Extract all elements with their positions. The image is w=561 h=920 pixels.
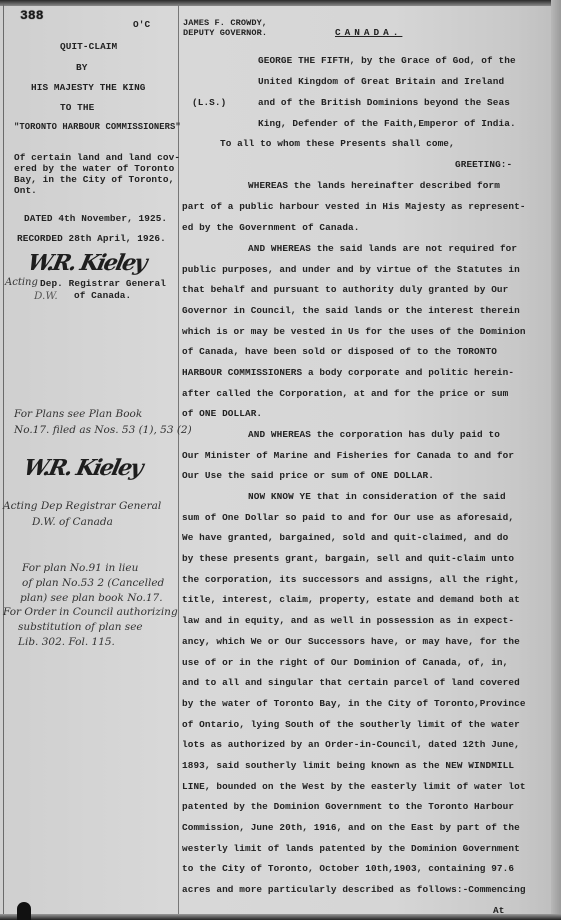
body-line: NOW KNOW YE that in consideration of the… <box>248 491 506 502</box>
body-line: the corporation, its successors and assi… <box>182 574 520 585</box>
body-line: law and in equity, and as well in posses… <box>182 615 514 626</box>
registrar-signature-2: W.R. Kieley <box>21 455 144 481</box>
body-line: title, interest, claim, property, estate… <box>182 594 520 605</box>
seal-ls: (L.S.) <box>192 97 226 108</box>
officer-title: DEPUTY GOVERNOR. <box>183 28 267 38</box>
title-line: HIS MAJESTY THE KING <box>31 82 146 93</box>
registrar-title: of Canada. <box>74 290 131 301</box>
body-line: Governor in Council, the said lands or t… <box>182 305 520 316</box>
body-line: LINE, bounded on the West by the easterl… <box>182 781 526 792</box>
column-divider <box>178 4 179 914</box>
description-line: ered by the water of Toronto <box>14 163 174 174</box>
initials: D.W. <box>34 290 58 302</box>
recorded-line: RECORDED 28th April, 1926. <box>17 233 166 244</box>
officer-name: JAMES F. CROWDY, <box>183 18 267 28</box>
heading-canada: CANADA. <box>335 27 402 38</box>
body-line: and to all and singular that certain par… <box>182 677 520 688</box>
body-line: and of the British Dominions beyond the … <box>258 97 510 108</box>
body-line: by the water of Toronto Bay, in the City… <box>182 698 526 709</box>
body-line: of ONE DOLLAR. <box>182 408 262 419</box>
order-note: For Order in Council authorizing <box>3 606 178 618</box>
scan-bottom-edge <box>0 914 561 920</box>
scanned-page: 388 O'C QUIT-CLAIM BY HIS MAJESTY THE KI… <box>0 0 561 920</box>
body-line: ancy, which We or Our Successors have, o… <box>182 636 520 647</box>
body-line: westerly limit of lands patented by the … <box>182 843 520 854</box>
acting-annotation-2: Acting Dep Registrar General <box>3 500 161 512</box>
body-line: Our Minister of Marine and Fisheries for… <box>182 450 514 461</box>
body-line: sum of One Dollar so paid to and for Our… <box>182 512 514 523</box>
body-line: Our Use the said price or sum of ONE DOL… <box>182 470 434 481</box>
greeting: GREETING:- <box>455 159 512 170</box>
acting-annotation-2: D.W. of Canada <box>32 516 113 528</box>
marker: O'C <box>133 19 150 30</box>
registrar-title: Dep. Registrar General <box>40 278 166 289</box>
order-note: substitution of plan see <box>18 621 143 633</box>
catchword: At <box>493 905 504 916</box>
order-note: For plan No.91 in lieu <box>22 562 138 574</box>
plan-note: For Plans see Plan Book <box>14 408 142 420</box>
body-line: AND WHEREAS the corporation has duly pai… <box>248 429 500 440</box>
order-note: of plan No.53 2 (Cancelled <box>22 577 164 589</box>
body-line: To all to whom these Presents shall come… <box>220 138 455 149</box>
body-line: King, Defender of the Faith,Emperor of I… <box>258 118 516 129</box>
description-line: Ont. <box>14 185 37 196</box>
body-line: that behalf and pursuant to authority du… <box>182 284 508 295</box>
body-line: WHEREAS the lands hereinafter described … <box>248 180 500 191</box>
registrar-signature: W.R. Kieley <box>25 250 148 276</box>
body-line: AND WHEREAS the said lands are not requi… <box>248 243 517 254</box>
scanner-thumb-artifact <box>17 902 31 920</box>
body-line: acres and more particularly described as… <box>182 884 526 895</box>
scan-right-edge <box>551 0 561 920</box>
body-line: after called the Corporation, at and for… <box>182 388 508 399</box>
body-line: of Ontario, lying South of the southerly… <box>182 719 520 730</box>
description-line: Of certain land and land cov- <box>14 152 180 163</box>
order-note: plan) see plan book No.17. <box>20 592 163 604</box>
dated-line: DATED 4th November, 1925. <box>24 213 167 224</box>
body-line: HARBOUR COMMISSIONERS a body corporate a… <box>182 367 514 378</box>
body-line: part of a public harbour vested in His M… <box>182 201 526 212</box>
plan-note: No.17. filed as Nos. 53 (1), 53 (2) <box>14 424 192 436</box>
body-line: United Kingdom of Great Britain and Irel… <box>258 76 504 87</box>
title-line: BY <box>76 62 87 73</box>
body-line: which is or may be vested in Us for the … <box>182 326 526 337</box>
body-line: use of or in the right of Our Dominion o… <box>182 657 508 668</box>
title-line: "TORONTO HARBOUR COMMISSIONERS" <box>14 122 181 132</box>
acting-annotation: Acting <box>5 277 38 288</box>
body-line: We have granted, bargained, sold and qui… <box>182 532 508 543</box>
body-line: Commission, June 20th, 1916, and on the … <box>182 822 520 833</box>
body-line: to the City of Toronto, October 10th,190… <box>182 863 514 874</box>
left-margin-rule <box>3 4 4 914</box>
page-number: 388 <box>20 8 44 23</box>
body-line: GEORGE THE FIFTH, by the Grace of God, o… <box>258 55 516 66</box>
body-line: ed by the Government of Canada. <box>182 222 360 233</box>
description-line: Bay, in the City of Toronto, <box>14 174 174 185</box>
body-line: 1893, said southerly limit being known a… <box>182 760 514 771</box>
body-line: public purposes, and under and by virtue… <box>182 264 520 275</box>
body-line: by these presents grant, bargain, sell a… <box>182 553 514 564</box>
scan-top-edge <box>0 0 561 6</box>
title-line: QUIT-CLAIM <box>60 41 117 52</box>
title-line: TO THE <box>60 102 94 113</box>
order-note: Lib. 302. Fol. 115. <box>18 636 115 648</box>
body-line: lots as authorized by an Order-in-Counci… <box>182 739 520 750</box>
body-line: of Canada, have been sold or disposed of… <box>182 346 497 357</box>
body-line: patented by the Dominion Government to t… <box>182 801 514 812</box>
